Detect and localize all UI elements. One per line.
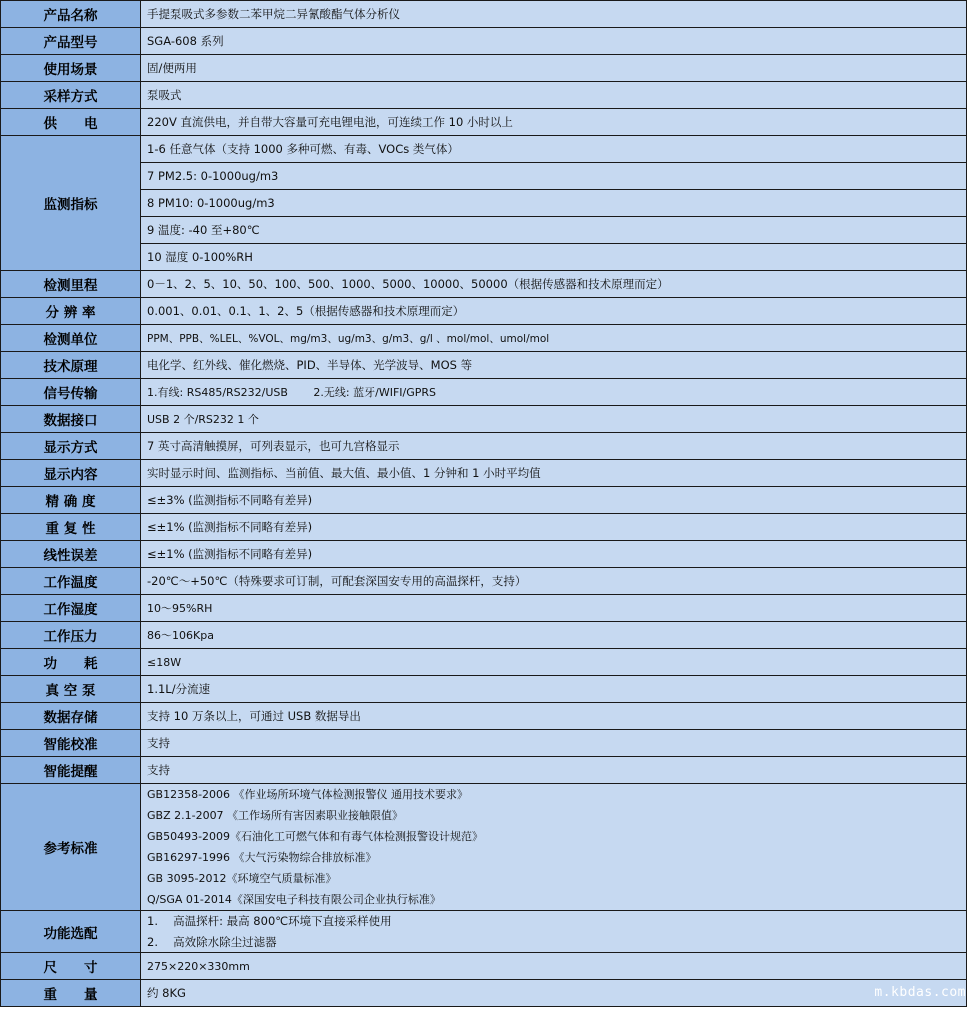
row-smart-calibration: 智能校准 支持 xyxy=(1,730,967,757)
value-monitoring-item: 10 湿度 0-100%RH xyxy=(141,244,967,271)
standard-item: GB16297-1996 《大气污染物综合排放标准》 xyxy=(147,847,966,868)
row-vacuum-pump: 真 空 泵 1.1L/分流速 xyxy=(1,676,967,703)
row-repeatability: 重 复 性 ≤±1% (监测指标不同略有差异) xyxy=(1,514,967,541)
value-working-temperature: -20℃～+50℃（特殊要求可订制，可配套深国安专用的高温探杆，支持） xyxy=(141,568,967,595)
value-monitoring-item: 9 温度: -40 至+80℃ xyxy=(141,217,967,244)
row-working-temperature: 工作温度 -20℃～+50℃（特殊要求可订制，可配套深国安专用的高温探杆，支持） xyxy=(1,568,967,595)
row-linearity-error: 线性误差 ≤±1% (监测指标不同略有差异) xyxy=(1,541,967,568)
label-repeatability: 重 复 性 xyxy=(1,514,141,541)
value-detection-units: PPM、PPB、%LEL、%VOL、mg/m3、ug/m3、g/m3、g/l 、… xyxy=(141,325,967,352)
value-linearity-error: ≤±1% (监测指标不同略有差异) xyxy=(141,541,967,568)
row-working-humidity: 工作湿度 10～95%RH xyxy=(1,595,967,622)
label-detection-range: 检测里程 xyxy=(1,271,141,298)
value-display-mode: 7 英寸高清触摸屏，可列表显示，也可九宫格显示 xyxy=(141,433,967,460)
label-detection-units: 检测单位 xyxy=(1,325,141,352)
value-monitoring-item: 1-6 任意气体（支持 1000 多种可燃、有毒、VOCs 类气体） xyxy=(141,136,967,163)
label-display-content: 显示内容 xyxy=(1,460,141,487)
label-working-humidity: 工作湿度 xyxy=(1,595,141,622)
row-smart-reminder: 智能提醒 支持 xyxy=(1,757,967,784)
row-power-supply: 供 电 220V 直流供电，并自带大容量可充电锂电池，可连续工作 10 小时以上 xyxy=(1,109,967,136)
option-item: 2. 高效除水除尘过滤器 xyxy=(147,932,966,953)
row-detection-units: 检测单位 PPM、PPB、%LEL、%VOL、mg/m3、ug/m3、g/m3、… xyxy=(1,325,967,352)
label-technical-principle: 技术原理 xyxy=(1,352,141,379)
label-resolution: 分 辨 率 xyxy=(1,298,141,325)
label-vacuum-pump: 真 空 泵 xyxy=(1,676,141,703)
value-accuracy: ≤±3% (监测指标不同略有差异) xyxy=(141,487,967,514)
row-power-consumption: 功 耗 ≤18W xyxy=(1,649,967,676)
value-smart-reminder: 支持 xyxy=(141,757,967,784)
value-usage-scenario: 固/便两用 xyxy=(141,55,967,82)
value-vacuum-pump: 1.1L/分流速 xyxy=(141,676,967,703)
label-usage-scenario: 使用场景 xyxy=(1,55,141,82)
value-technical-principle: 电化学、红外线、催化燃烧、PID、半导体、光学波导、MOS 等 xyxy=(141,352,967,379)
row-data-storage: 数据存储 支持 10 万条以上，可通过 USB 数据导出 xyxy=(1,703,967,730)
row-dimensions: 尺 寸 275×220×330mm xyxy=(1,953,967,980)
spec-table: 产品名称 手提泵吸式多参数二苯甲烷二异氰酸酯气体分析仪 产品型号 SGA-608… xyxy=(0,0,967,1007)
value-monitoring-item: 7 PM2.5: 0-1000ug/m3 xyxy=(141,163,967,190)
value-model: SGA-608 系列 xyxy=(141,28,967,55)
row-monitoring-1: 监测指标 1-6 任意气体（支持 1000 多种可燃、有毒、VOCs 类气体） xyxy=(1,136,967,163)
option-item: 1. 高温探杆: 最高 800℃环境下直接采样使用 xyxy=(147,911,966,932)
value-detection-range: 0－1、2、5、10、50、100、500、1000、5000、10000、50… xyxy=(141,271,967,298)
label-working-pressure: 工作压力 xyxy=(1,622,141,649)
label-dimensions: 尺 寸 xyxy=(1,953,141,980)
label-power-supply: 供 电 xyxy=(1,109,141,136)
value-display-content: 实时显示时间、监测指标、当前值、最大值、最小值、1 分钟和 1 小时平均值 xyxy=(141,460,967,487)
label-linearity-error: 线性误差 xyxy=(1,541,141,568)
value-optional-functions: 1. 高温探杆: 最高 800℃环境下直接采样使用 2. 高效除水除尘过滤器 xyxy=(141,911,967,953)
value-resolution: 0.001、0.01、0.1、1、2、5（根据传感器和技术原理而定） xyxy=(141,298,967,325)
standard-item: GB50493-2009《石油化工可燃气体和有毒气体检测报警设计规范》 xyxy=(147,826,966,847)
row-display-mode: 显示方式 7 英寸高清触摸屏，可列表显示，也可九宫格显示 xyxy=(1,433,967,460)
row-monitoring-3: 8 PM10: 0-1000ug/m3 xyxy=(1,190,967,217)
row-sampling-method: 采样方式 泵吸式 xyxy=(1,82,967,109)
label-model: 产品型号 xyxy=(1,28,141,55)
value-monitoring-item: 8 PM10: 0-1000ug/m3 xyxy=(141,190,967,217)
label-data-storage: 数据存储 xyxy=(1,703,141,730)
value-product-name: 手提泵吸式多参数二苯甲烷二异氰酸酯气体分析仪 xyxy=(141,1,967,28)
row-weight: 重 量 约 8KG xyxy=(1,980,967,1007)
row-usage-scenario: 使用场景 固/便两用 xyxy=(1,55,967,82)
value-working-humidity: 10～95%RH xyxy=(141,595,967,622)
row-model: 产品型号 SGA-608 系列 xyxy=(1,28,967,55)
row-data-interface: 数据接口 USB 2 个/RS232 1 个 xyxy=(1,406,967,433)
label-product-name: 产品名称 xyxy=(1,1,141,28)
label-smart-calibration: 智能校准 xyxy=(1,730,141,757)
label-accuracy: 精 确 度 xyxy=(1,487,141,514)
row-display-content: 显示内容 实时显示时间、监测指标、当前值、最大值、最小值、1 分钟和 1 小时平… xyxy=(1,460,967,487)
row-accuracy: 精 确 度 ≤±3% (监测指标不同略有差异) xyxy=(1,487,967,514)
value-data-storage: 支持 10 万条以上，可通过 USB 数据导出 xyxy=(141,703,967,730)
row-monitoring-4: 9 温度: -40 至+80℃ xyxy=(1,217,967,244)
label-display-mode: 显示方式 xyxy=(1,433,141,460)
value-dimensions: 275×220×330mm xyxy=(141,953,967,980)
label-smart-reminder: 智能提醒 xyxy=(1,757,141,784)
label-sampling-method: 采样方式 xyxy=(1,82,141,109)
row-monitoring-2: 7 PM2.5: 0-1000ug/m3 xyxy=(1,163,967,190)
row-working-pressure: 工作压力 86～106Kpa xyxy=(1,622,967,649)
row-signal-transmission: 信号传输 1.有线: RS485/RS232/USB 2.无线: 蓝牙/WIFI… xyxy=(1,379,967,406)
label-signal-transmission: 信号传输 xyxy=(1,379,141,406)
label-optional-functions: 功能选配 xyxy=(1,911,141,953)
value-repeatability: ≤±1% (监测指标不同略有差异) xyxy=(141,514,967,541)
value-data-interface: USB 2 个/RS232 1 个 xyxy=(141,406,967,433)
row-reference-standards: 参考标准 GB12358-2006 《作业场所环境气体检测报警仪 通用技术要求》… xyxy=(1,784,967,911)
row-detection-range: 检测里程 0－1、2、5、10、50、100、500、1000、5000、100… xyxy=(1,271,967,298)
value-reference-standards: GB12358-2006 《作业场所环境气体检测报警仪 通用技术要求》 GBZ … xyxy=(141,784,967,911)
row-resolution: 分 辨 率 0.001、0.01、0.1、1、2、5（根据传感器和技术原理而定） xyxy=(1,298,967,325)
row-monitoring-5: 10 湿度 0-100%RH xyxy=(1,244,967,271)
label-weight: 重 量 xyxy=(1,980,141,1007)
value-sampling-method: 泵吸式 xyxy=(141,82,967,109)
value-working-pressure: 86～106Kpa xyxy=(141,622,967,649)
row-optional-functions: 功能选配 1. 高温探杆: 最高 800℃环境下直接采样使用 2. 高效除水除尘… xyxy=(1,911,967,953)
value-signal-transmission: 1.有线: RS485/RS232/USB 2.无线: 蓝牙/WIFI/GPRS xyxy=(141,379,967,406)
value-power-consumption: ≤18W xyxy=(141,649,967,676)
watermark: m.kbdas.com xyxy=(874,985,966,1000)
standard-item: GB 3095-2012《环境空气质量标准》 xyxy=(147,868,966,889)
label-monitoring: 监测指标 xyxy=(1,136,141,271)
label-data-interface: 数据接口 xyxy=(1,406,141,433)
value-weight: 约 8KG xyxy=(141,980,967,1007)
standard-item: Q/SGA 01-2014《深国安电子科技有限公司企业执行标准》 xyxy=(147,889,966,910)
standard-item: GBZ 2.1-2007 《工作场所有害因素职业接触限值》 xyxy=(147,805,966,826)
value-smart-calibration: 支持 xyxy=(141,730,967,757)
label-power-consumption: 功 耗 xyxy=(1,649,141,676)
standard-item: GB12358-2006 《作业场所环境气体检测报警仪 通用技术要求》 xyxy=(147,784,966,805)
row-technical-principle: 技术原理 电化学、红外线、催化燃烧、PID、半导体、光学波导、MOS 等 xyxy=(1,352,967,379)
label-working-temperature: 工作温度 xyxy=(1,568,141,595)
value-power-supply: 220V 直流供电，并自带大容量可充电锂电池，可连续工作 10 小时以上 xyxy=(141,109,967,136)
row-product-name: 产品名称 手提泵吸式多参数二苯甲烷二异氰酸酯气体分析仪 xyxy=(1,1,967,28)
label-reference-standards: 参考标准 xyxy=(1,784,141,911)
